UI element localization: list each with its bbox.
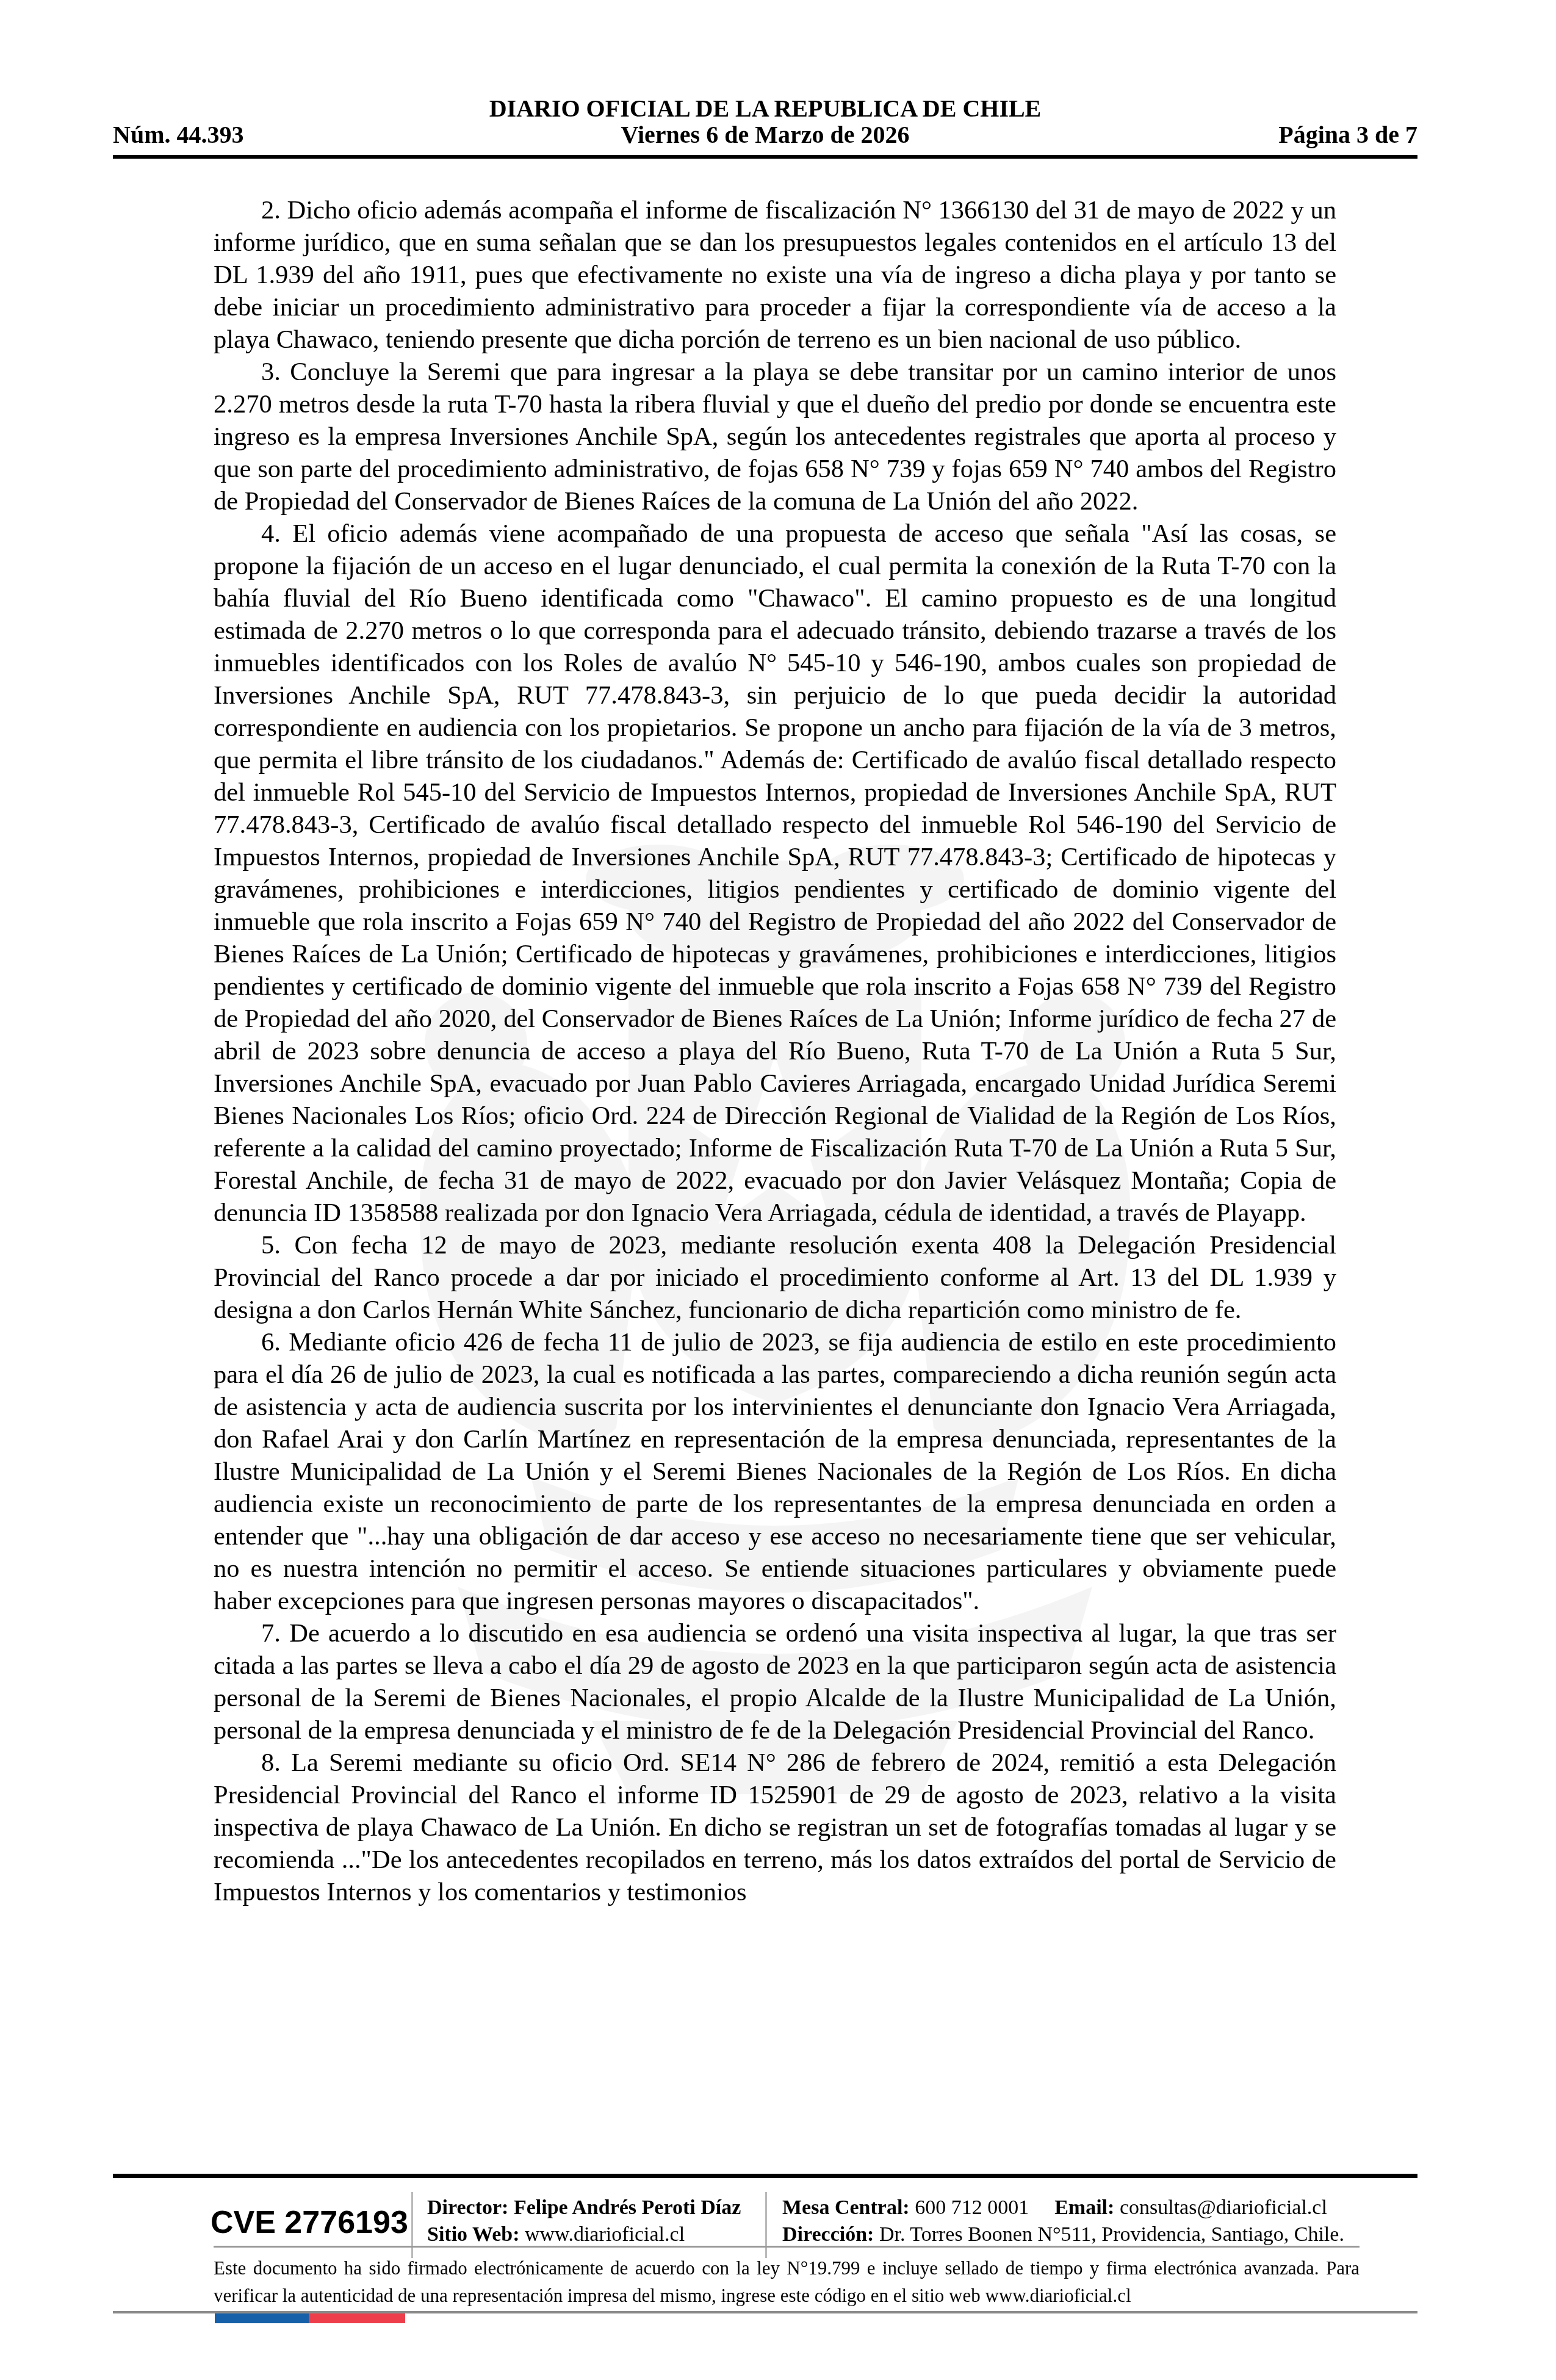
director-line: Director: Felipe Andrés Peroti Díaz	[427, 2194, 741, 2221]
footer-contact-column: Mesa Central: 600 712 0001Email: consult…	[782, 2194, 1344, 2248]
email-value: consultas@diarioficial.cl	[1120, 2196, 1327, 2219]
body-paragraph-4: 4. El oficio además viene acompañado de …	[214, 517, 1336, 1229]
footer-top-rule	[113, 2174, 1417, 2178]
flag-red-block	[309, 2313, 405, 2323]
sitio-web-label: Sitio Web:	[427, 2223, 519, 2246]
email-label: Email:	[1054, 2196, 1114, 2219]
mesa-central-label: Mesa Central:	[782, 2196, 910, 2219]
footer-director-column: Director: Felipe Andrés Peroti Díaz Siti…	[427, 2194, 741, 2248]
gobierno-de-chile-flag-icon	[215, 2313, 405, 2323]
footer-divider-1	[411, 2192, 413, 2258]
flag-blue-block	[215, 2313, 309, 2323]
body-paragraph-6: 6. Mediante oficio 426 de fecha 11 de ju…	[214, 1326, 1336, 1617]
page-indicator: Página 3 de 7	[113, 120, 1417, 149]
cve-code: CVE 2776193	[211, 2191, 408, 2254]
document-body: 2. Dicho oficio además acompaña el infor…	[214, 194, 1336, 1908]
director-name: Felipe Andrés Peroti Díaz	[514, 2196, 741, 2219]
sitio-web-value: www.diarioficial.cl	[525, 2223, 685, 2246]
director-label: Director:	[427, 2196, 508, 2219]
legal-disclaimer: Este documento ha sido firmado electróni…	[214, 2254, 1360, 2309]
direccion-value: Dr. Torres Boonen N°511, Providencia, Sa…	[879, 2223, 1344, 2246]
body-paragraph-5: 5. Con fecha 12 de mayo de 2023, mediant…	[214, 1229, 1336, 1326]
body-paragraph-7: 7. De acuerdo a lo discutido en esa audi…	[214, 1617, 1336, 1747]
body-paragraph-8: 8. La Seremi mediante su oficio Ord. SE1…	[214, 1747, 1336, 1908]
mesa-central-value: 600 712 0001	[915, 2196, 1029, 2219]
direccion-label: Dirección:	[782, 2223, 874, 2246]
footer-middle-rule	[214, 2246, 1360, 2248]
direccion-line: Dirección: Dr. Torres Boonen N°511, Prov…	[782, 2221, 1344, 2248]
mesa-central-line: Mesa Central: 600 712 0001Email: consult…	[782, 2194, 1344, 2221]
sitio-web-line: Sitio Web: www.diarioficial.cl	[427, 2221, 741, 2248]
gazette-page: DIARIO OFICIAL DE LA REPUBLICA DE CHILE …	[0, 0, 1556, 2380]
page-title: DIARIO OFICIAL DE LA REPUBLICA DE CHILE	[113, 94, 1417, 123]
body-paragraph-2: 2. Dicho oficio además acompaña el infor…	[214, 194, 1336, 356]
body-paragraph-3: 3. Concluye la Seremi que para ingresar …	[214, 356, 1336, 517]
footer-divider-2	[765, 2192, 767, 2258]
header-rule	[113, 155, 1417, 159]
